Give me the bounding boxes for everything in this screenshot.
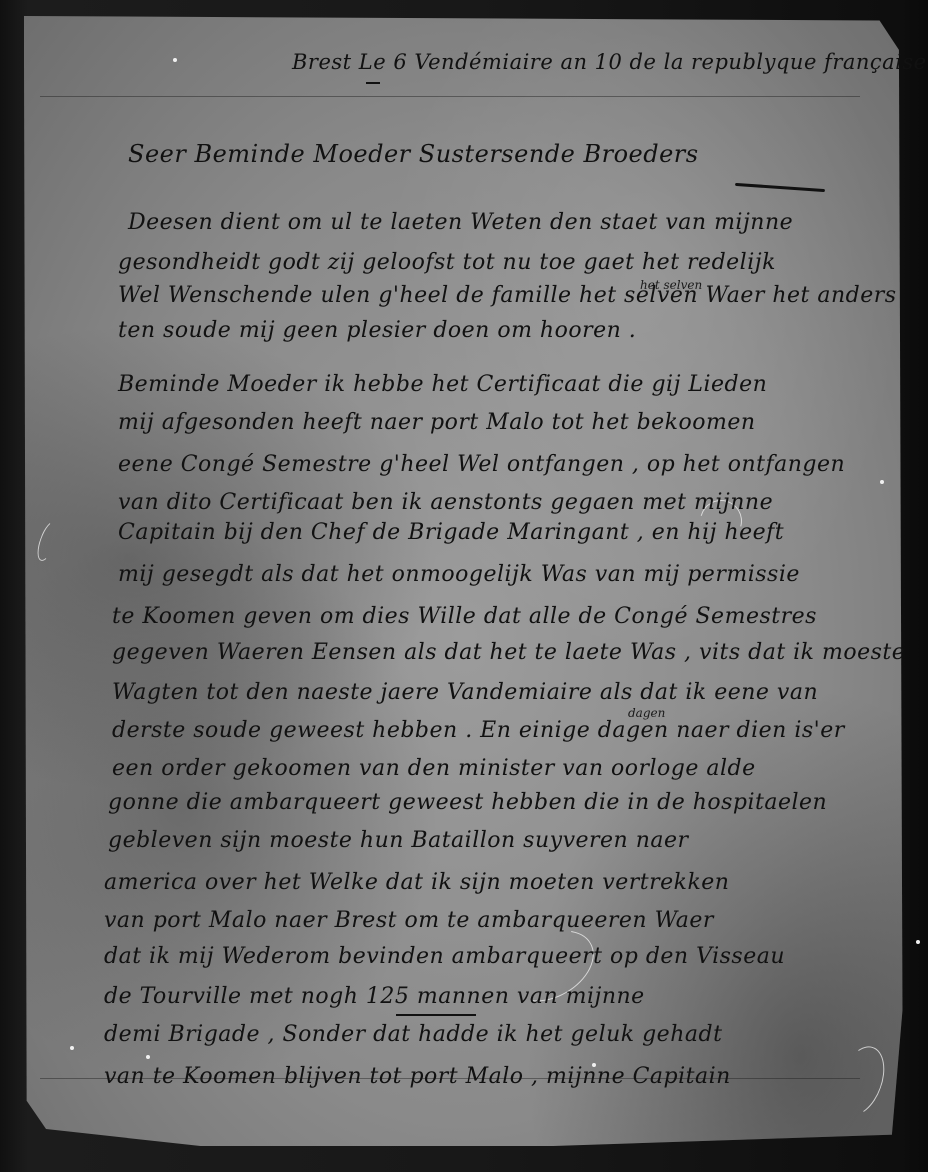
letter-line-14: derste soude geweest hebben . En einige … (112, 718, 845, 743)
date-underline (366, 82, 380, 84)
letter-line-19: van port Malo naer Brest om te ambarquee… (104, 908, 714, 933)
letter-line-4: ten soude mij geen plesier doen om hoore… (118, 318, 636, 343)
letter-line-3: Wel Wenschende ulen g'heel de famille he… (118, 283, 897, 308)
letter-line-13: Wagten tot den naeste jaere Vandemiaire … (112, 680, 818, 705)
dust-speck (880, 480, 884, 484)
letter-line-11: te Koomen geven om dies Wille dat alle d… (112, 604, 817, 629)
letter-salutation: Seer Beminde Moeder Sustersende Broeders (128, 140, 699, 168)
letter-line-9: Capitain bij den Chef de Brigade Maringa… (118, 520, 784, 545)
dust-speck (70, 1046, 74, 1050)
count-underline (396, 1014, 476, 1016)
letter-line-10: mij gesegdt als dat het onmoogelijk Was … (118, 562, 800, 587)
letter-dateline: Brest Le 6 Vendémiaire an 10 de la repub… (292, 50, 927, 74)
interlinear-note: het selven (640, 278, 702, 292)
letter-line-20: dat ik mij Wederom bevinden ambarqueert … (104, 944, 785, 969)
dust-speck (173, 58, 177, 62)
letter-line-15: een order gekoomen van den minister van … (112, 756, 756, 781)
letter-line-16: gonne die ambarqueert geweest hebben die… (108, 790, 827, 815)
letter-line-6: mij afgesonden heeft naer port Malo tot … (118, 410, 756, 435)
letter-line-12: gegeven Waeren Eensen als dat het te lae… (112, 640, 905, 665)
letter-line-1: Deesen dient om ul te laeten Weten den s… (128, 210, 793, 235)
dust-speck (916, 940, 920, 944)
letter-line-7: eene Congé Semestre g'heel Wel ontfangen… (118, 452, 845, 477)
letter-line-17: gebleven sijn moeste hun Bataillon suyve… (108, 828, 689, 853)
interlinear-note: dagen (628, 706, 665, 720)
letter-line-21: de Tourville met nogh 125 mannen van mij… (104, 984, 645, 1009)
scanned-document: Brest Le 6 Vendémiaire an 10 de la repub… (0, 0, 928, 1172)
letter-line-2: gesondheidt godt zij geloofst tot nu toe… (118, 250, 776, 275)
letter-line-22: demi Brigade , Sonder dat hadde ik het g… (104, 1022, 722, 1047)
letter-line-5: Beminde Moeder ik hebbe het Certificaat … (118, 372, 767, 397)
dust-speck (146, 1055, 150, 1059)
fold-line (40, 96, 860, 97)
letter-line-8: van dito Certificaat ben ik aenstonts ge… (118, 490, 773, 515)
letter-line-23: van te Koomen blijven tot port Malo , mi… (104, 1064, 731, 1089)
letter-line-18: america over het Welke dat ik sijn moete… (104, 870, 729, 895)
